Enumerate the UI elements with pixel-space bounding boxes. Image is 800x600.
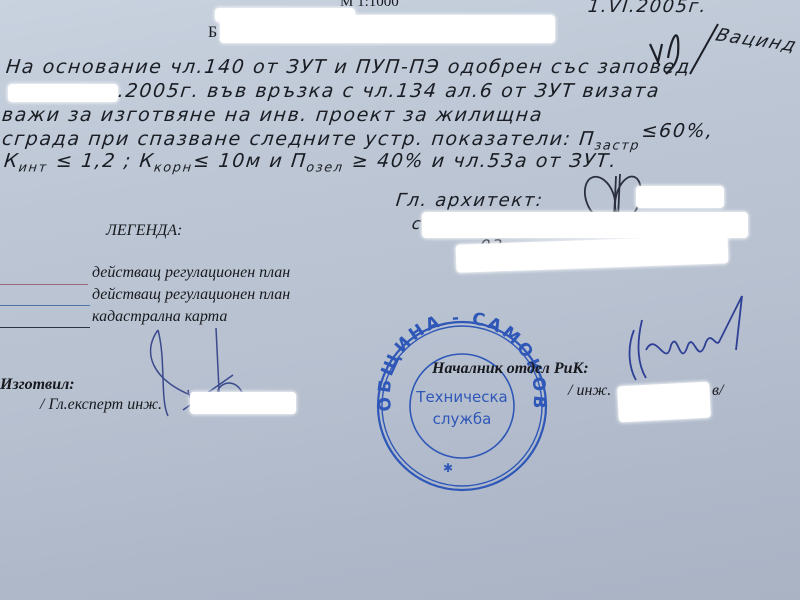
legend-line-1 — [0, 284, 88, 285]
legend-title: ЛЕГЕНДА: — [106, 222, 182, 240]
chief-architect-label: Гл. архитект: — [395, 190, 545, 211]
resolution-line-4-text: сграда при спазване следните устр. показ… — [1, 128, 596, 150]
header-initial: Б — [208, 24, 217, 42]
p-ozel-prefix: и П — [268, 150, 308, 172]
department-head-title: / инж. — [568, 382, 611, 400]
approver-signature-name: Вацинд — [713, 25, 800, 56]
prepared-by-label: Изготвил: — [0, 376, 75, 394]
resolution-line-2: .2005г. във връзка с чл.134 ал.6 от ЗУТ … — [117, 80, 661, 102]
legend-line-3 — [0, 327, 90, 328]
document-page: М 1:1000 Б 1.VI.2005г. Вацинд На основан… — [0, 0, 800, 600]
stamp-star-icon: ✱ — [443, 461, 453, 475]
stamp-inner-line-1: Техническа — [415, 388, 507, 406]
redaction-architect-extra — [636, 186, 724, 208]
k-int-value: ≤ 1,2 ; — [55, 150, 133, 172]
p-ozel-value: ≥ 40% — [351, 150, 426, 172]
department-head-suffix: в/ — [712, 382, 723, 400]
redaction-department-head-name — [617, 382, 711, 423]
redaction-architect-name — [422, 212, 748, 238]
redaction-header-2 — [220, 15, 555, 43]
prepared-by-title: / Гл.експерт инж. — [40, 396, 162, 414]
resolution-line-1: На основание чл.140 от ЗУТ и ПУП-ПЭ одоб… — [5, 56, 692, 78]
stamp-inner-line-2: служба — [433, 410, 492, 428]
resolution-line-3: важи за изготвяне на инв. проект за жили… — [1, 104, 544, 126]
resolution-line-5-tail: и чл.53а от ЗУТ. — [431, 150, 619, 172]
legend-item-2: действащ регулационен план — [92, 286, 290, 304]
p-zastr-value: ≤60%, — [640, 120, 715, 142]
legend-item-3: кадастрална карта — [92, 308, 227, 326]
k-int-subscript: инт — [18, 161, 49, 176]
redaction-order-number — [8, 84, 118, 102]
k-korn-subscript: корн — [153, 161, 193, 176]
department-head-signature — [616, 290, 756, 390]
department-head-label: Началник отдел РиК: — [432, 360, 589, 378]
p-ozel-subscript: озел — [305, 161, 344, 176]
official-stamp: ОБЩИНА - САМОКОВ Техническа служба ✱ — [372, 312, 552, 492]
k-korn-value: ≤ 10м — [192, 150, 263, 172]
redaction-preparer-name — [190, 392, 296, 414]
resolution-line-5: Кинт ≤ 1,2 ; Ккорн≤ 10м и Позел ≥ 40% и … — [3, 150, 619, 176]
legend-item-1: действащ регулационен план — [92, 264, 290, 282]
legend-line-2 — [0, 305, 90, 306]
approval-date: 1.VI.2005г. — [587, 0, 708, 17]
